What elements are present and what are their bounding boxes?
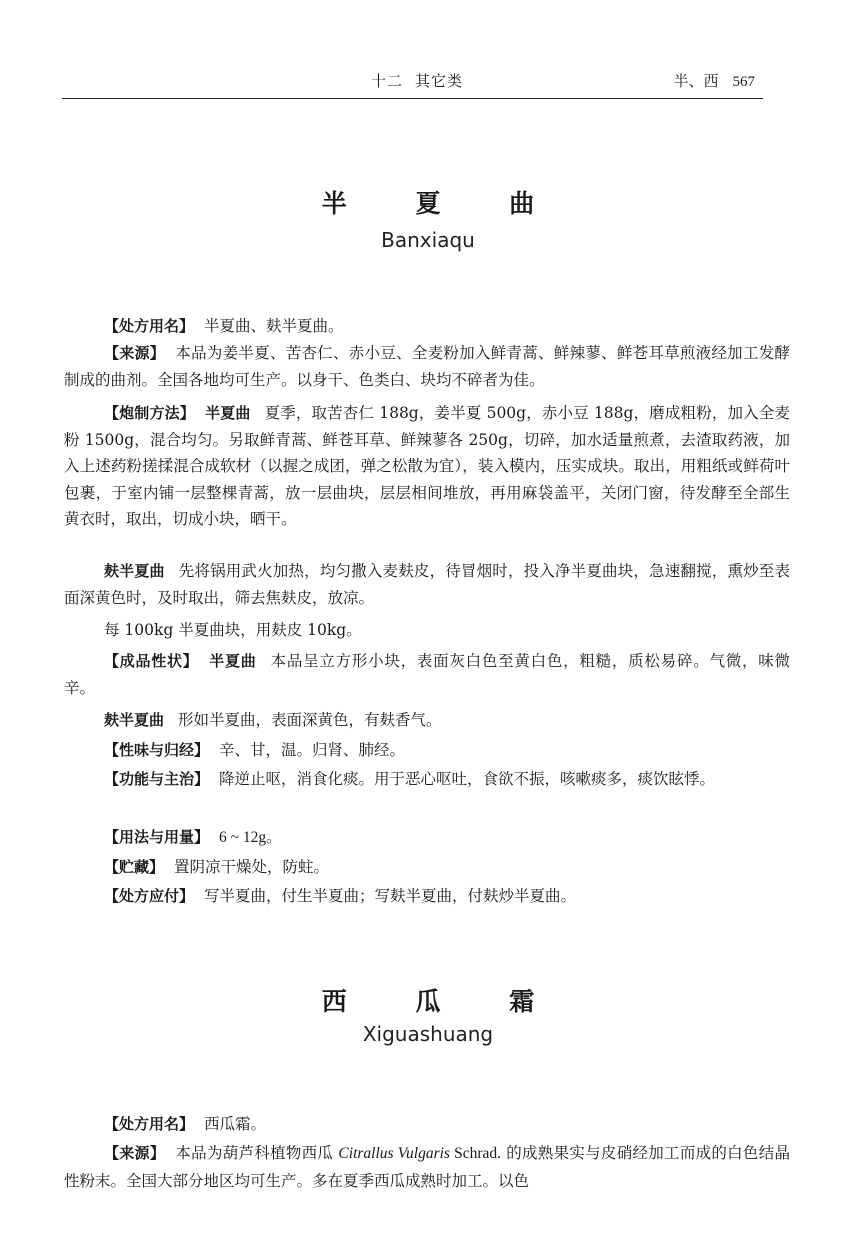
section-label: 【性味与归经】 xyxy=(104,741,209,759)
section-label: 【处方用名】 xyxy=(104,1115,194,1133)
entry-title-pinyin: Banxiaqu xyxy=(0,228,856,252)
section-text: 6 ~ 12g。 xyxy=(219,829,282,846)
section-label: 【功能与主治】 xyxy=(104,770,209,788)
entry-title-cn: 西 瓜 霜 xyxy=(0,982,856,1018)
sub-label: 麸半夏曲 xyxy=(104,562,165,580)
section-text: 本品为葫芦科植物西瓜 xyxy=(175,1144,338,1162)
section-dosage: 【用法与用量】6 ~ 12g。 xyxy=(64,824,790,852)
section-functions: 【功能与主治】降逆止呕，消食化痰。用于恶心呕吐，食欲不振，咳嗽痰多，痰饮眩悸。 xyxy=(64,766,790,793)
section-label: 【来源】 xyxy=(104,1144,165,1162)
page-info: 半、西567 xyxy=(673,70,755,91)
section-nature-meridian: 【性味与归经】辛、甘，温。归肾、肺经。 xyxy=(64,737,790,764)
section-label: 【处方用名】 xyxy=(104,317,194,335)
chapter-heading: 十二其它类 xyxy=(371,70,463,91)
section-label: 【处方应付】 xyxy=(104,887,194,905)
section-prescription-names: 【处方用名】西瓜霜。 xyxy=(64,1111,790,1138)
section-processing-bran: 麸半夏曲先将锅用武火加热，均匀撒入麦麸皮，待冒烟时，投入净半夏曲块，急速翻搅，熏… xyxy=(64,558,790,611)
section-text: 半夏曲、麸半夏曲。 xyxy=(204,317,344,335)
section-text: 每 100kg 半夏曲块，用麸皮 10kg。 xyxy=(104,621,362,639)
page-number: 567 xyxy=(733,74,756,90)
running-header: 十二其它类 半、西567 xyxy=(62,62,763,99)
section-text: 辛、甘，温。归肾、肺经。 xyxy=(219,741,405,759)
section-text: 夏季，取苦杏仁 188g，姜半夏 500g，赤小豆 188g，磨成粗粉，加入全麦… xyxy=(64,404,790,528)
section-label: 【炮制方法】 xyxy=(104,404,195,422)
entry-title-pinyin: Xiguashuang xyxy=(0,1022,856,1046)
entry-title-cn: 半 夏 曲 xyxy=(0,184,856,220)
sub-label: 麸半夏曲 xyxy=(104,711,164,729)
section-source: 【来源】本品为葫芦科植物西瓜 Citrallus Vulgaris Schrad… xyxy=(64,1140,790,1194)
section-text: 形如半夏曲，表面深黄色，有麸香气。 xyxy=(178,711,442,729)
section-label: 【贮藏】 xyxy=(104,858,164,876)
section-text: 西瓜霜。 xyxy=(204,1115,266,1133)
section-label: 【用法与用量】 xyxy=(104,828,209,846)
section-text: 置阴凉干燥处，防蛀。 xyxy=(174,858,329,876)
latin-species-name: Citrallus Vulgaris xyxy=(338,1145,450,1162)
chapter-number: 十二 xyxy=(371,72,403,90)
section-storage: 【贮藏】置阴凉干燥处，防蛀。 xyxy=(64,854,790,881)
taxonomic-authority: Schrad. xyxy=(450,1145,501,1162)
section-text: 先将锅用武火加热，均匀撒入麦麸皮，待冒烟时，投入净半夏曲块，急速翻搅，熏炒至表面… xyxy=(64,562,790,607)
sub-label: 半夏曲 xyxy=(205,404,251,422)
section-prescription-names: 【处方用名】半夏曲、麸半夏曲。 xyxy=(64,313,790,340)
section-text: 降逆止呕，消食化痰。用于恶心呕吐，食欲不振，咳嗽痰多，痰饮眩悸。 xyxy=(219,770,715,788)
section-finished-properties-bran: 麸半夏曲形如半夏曲，表面深黄色，有麸香气。 xyxy=(64,707,790,734)
section-text: 本品为姜半夏、苦杏仁、赤小豆、全麦粉加入鲜青蒿、鲜辣蓼、鲜苍耳草煎液经加工发酵制… xyxy=(64,344,790,389)
section-dispensing: 【处方应付】写半夏曲，付生半夏曲；写麸半夏曲，付麸炒半夏曲。 xyxy=(64,883,790,910)
section-label: 【来源】 xyxy=(104,344,165,362)
section-processing: 【炮制方法】半夏曲夏季，取苦杏仁 188g，姜半夏 500g，赤小豆 188g，… xyxy=(64,400,790,533)
section-label: 【成品性状】 xyxy=(104,652,199,670)
section-chars: 半、西 xyxy=(673,72,718,90)
section-text: 写半夏曲，付生半夏曲；写麸半夏曲，付麸炒半夏曲。 xyxy=(204,887,576,905)
section-processing-ratio: 每 100kg 半夏曲块，用麸皮 10kg。 xyxy=(64,617,790,644)
chapter-title: 其它类 xyxy=(415,72,463,90)
section-finished-properties: 【成品性状】半夏曲本品呈立方形小块，表面灰白色至黄白色，粗糙，质松易碎。气微，味… xyxy=(64,648,790,701)
sub-label: 半夏曲 xyxy=(209,652,257,670)
section-source: 【来源】本品为姜半夏、苦杏仁、赤小豆、全麦粉加入鲜青蒿、鲜辣蓼、鲜苍耳草煎液经加… xyxy=(64,340,790,393)
